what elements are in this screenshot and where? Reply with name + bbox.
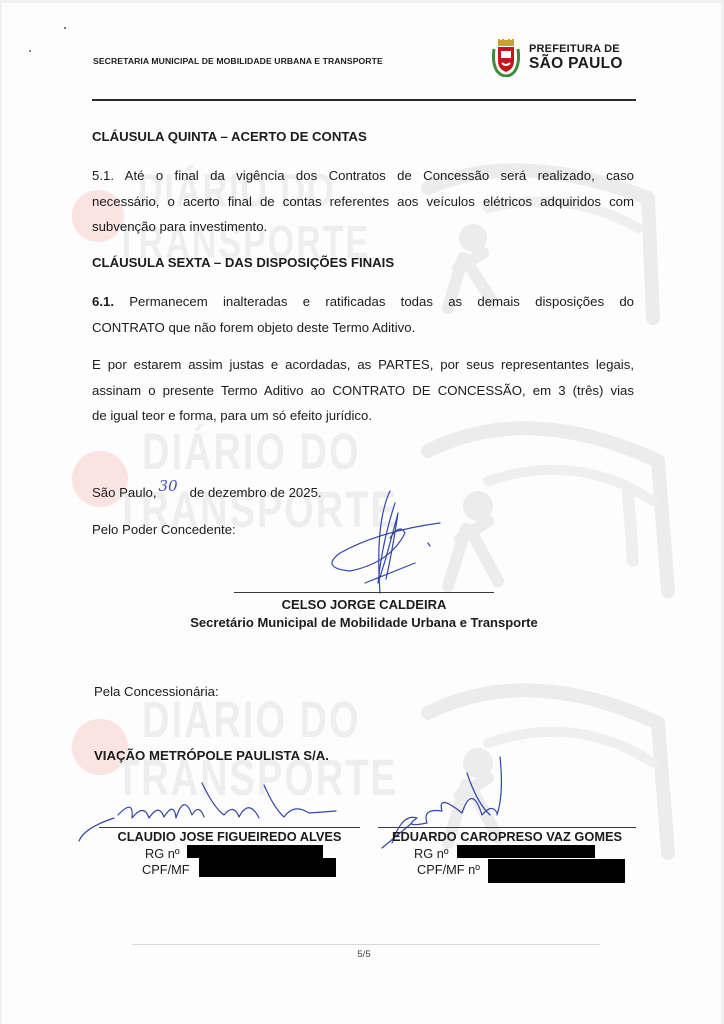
clause-5-line-3: subvenção para investimento. xyxy=(92,214,634,240)
grantor-signature-line xyxy=(234,592,494,593)
closing-paragraph: E por estarem assim justas e acordadas, … xyxy=(92,352,634,429)
clause-6-heading: CLÁUSULA SEXTA – DAS DISPOSIÇÕES FINAIS xyxy=(92,255,394,270)
date-line: São Paulo,30de dezembro de 2025. xyxy=(92,483,322,501)
scan-speck xyxy=(64,27,66,29)
clause-5-paragraph: 5.1. Até o final da vigência dos Contrat… xyxy=(92,163,634,240)
concessionaire-label: Pela Concessionária: xyxy=(94,684,219,699)
handwritten-day: 30 xyxy=(159,477,178,495)
signatory-1-rg-label: RG nº xyxy=(145,846,180,861)
clause-6-line-1: 6.1. Permanecem inalteradas e ratificada… xyxy=(92,289,634,315)
watermark-logo-icon xyxy=(72,719,128,775)
signatory-2-name: EDUARDO CAROPRESO VAZ GOMES xyxy=(378,829,636,844)
clause-5-line-2: necessário, o acerto final de contas ref… xyxy=(92,189,634,215)
watermark-line1: DIÁRIO DO xyxy=(142,427,361,478)
header-divider xyxy=(92,99,636,101)
closing-line-3: de igual teor e forma, para um só efeito… xyxy=(92,403,634,429)
clause-6-paragraph: 6.1. Permanecem inalteradas e ratificada… xyxy=(92,289,634,340)
signatory-2-signature-line xyxy=(378,827,636,828)
grantor-title: Secretário Municipal de Mobilidade Urban… xyxy=(152,615,576,630)
scan-speck xyxy=(29,50,31,52)
grantor-name: CELSO JORGE CALDEIRA xyxy=(234,597,494,612)
signatory-2-cpf-label: CPF/MF nº xyxy=(417,862,480,877)
signatory-1-signature-line xyxy=(99,827,360,828)
page-number: 5/5 xyxy=(342,949,386,960)
clause-6-line-2: CONTRATO que não forem objeto deste Term… xyxy=(92,315,634,341)
signatory-2-rg-label: RG nº xyxy=(414,846,449,861)
logo-line1: PREFEITURA DE xyxy=(529,43,620,55)
signatory-2-rg-redaction xyxy=(457,845,595,858)
footer-divider xyxy=(132,944,600,945)
signatory-1-cpf-redaction xyxy=(199,858,336,877)
logo-line2: SÃO PAULO xyxy=(529,55,623,73)
clause-5-heading: CLÁUSULA QUINTA – ACERTO DE CONTAS xyxy=(92,129,367,144)
grantor-label: Pelo Poder Concedente: xyxy=(92,522,236,537)
closing-line-1: E por estarem assim justas e acordadas, … xyxy=(92,352,634,378)
grantor-signature xyxy=(320,483,460,603)
closing-line-2: assinam o presente Termo Aditivo ao CONT… xyxy=(92,378,634,404)
watermark-line1: DIÁRIO DO xyxy=(142,695,361,746)
signatory-2-cpf-redaction xyxy=(488,859,625,883)
clause-5-line-1: 5.1. Até o final da vigência dos Contrat… xyxy=(92,163,634,189)
company-name: VIAÇÃO METRÓPOLE PAULISTA S/A. xyxy=(94,748,329,763)
signatory-1-rg-redaction xyxy=(187,845,323,858)
sao-paulo-crest-icon xyxy=(491,39,521,77)
document-page: DIÁRIO DO TRANSPORTE DIÁRIO DO TRANSPORT… xyxy=(2,3,721,1024)
department-name: SECRETARIA MUNICIPAL DE MOBILIDADE URBAN… xyxy=(93,56,383,66)
signatory-1-name: CLAUDIO JOSE FIGUEIREDO ALVES xyxy=(99,829,360,844)
signatory-1-cpf-label: CPF/MF xyxy=(142,862,190,877)
